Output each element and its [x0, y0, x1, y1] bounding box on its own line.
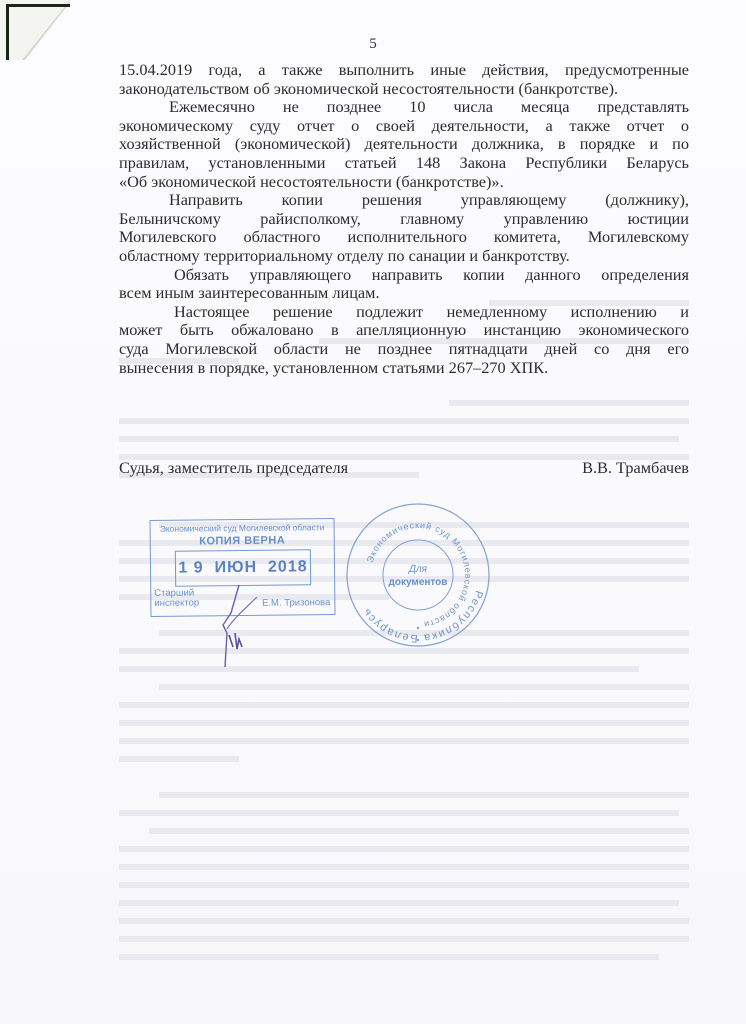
stamp-date: 1 9 ИЮН 2018: [175, 549, 311, 586]
text-line: Ежемесячно не позднее 10 числа месяца пр…: [119, 98, 689, 117]
text-line: областному территориальному отделу по са…: [119, 247, 689, 266]
text-line: экономическому суду отчет о своей деятел…: [119, 117, 689, 136]
document-body: 15.04.2019 года, а также выполнить иные …: [119, 61, 689, 377]
document-page: 5 15.04.2019 года, а также выполнить ины…: [0, 0, 746, 1024]
text-line: Могилевского областного исполнительного …: [119, 228, 689, 247]
text-line: Направить копии решения управляющему (до…: [119, 191, 689, 210]
seal-center-line: Для: [408, 564, 428, 575]
stamp-label: КОПИЯ ВЕРНА: [151, 534, 334, 548]
text-line: Настоящее решение подлежит немедленному …: [119, 303, 689, 322]
page-number: 5: [0, 36, 746, 53]
signature-block: Судья, заместитель председателя В.В. Тра…: [119, 458, 689, 478]
text-line: Обязать управляющего направить копии дан…: [119, 266, 689, 285]
handwritten-signature: [205, 583, 265, 668]
svg-text:Республика Беларусь: Республика Беларусь: [360, 589, 485, 644]
stamp-position-line: инспектор: [154, 598, 199, 608]
text-line: законодательством об экономической несос…: [119, 80, 689, 99]
text-line: «Об экономической несостоятельности (бан…: [119, 173, 689, 192]
text-line: Белыничскому райисполкому, главному упра…: [119, 210, 689, 229]
seal-center-line: документов: [389, 577, 448, 588]
paragraph-monthly-report: Ежемесячно не позднее 10 числа месяца пр…: [119, 98, 689, 191]
seal-outer-text: Республика Беларусь: [360, 589, 485, 644]
paragraph-deadline: 15.04.2019 года, а также выполнить иные …: [119, 61, 689, 98]
paragraph-appeal: Настоящее решение подлежит немедленному …: [119, 303, 689, 377]
paragraph-send-copies: Направить копии решения управляющему (до…: [119, 191, 689, 265]
official-round-seal: Республика Беларусь Экономический суд Мо…: [343, 500, 493, 650]
text-line: может быть обжаловано в апелляционную ин…: [119, 321, 689, 340]
stamp-court-name: Экономический суд Могилевской области: [151, 522, 334, 534]
text-line: 15.04.2019 года, а также выполнить иные …: [119, 61, 689, 80]
signatory-title: Судья, заместитель председателя: [119, 458, 348, 478]
stamp-position: Старший инспектор: [154, 588, 199, 608]
text-line: суда Могилевской области не позднее пятн…: [119, 340, 689, 359]
text-line: правилам, установленными статьей 148 Зак…: [119, 154, 689, 173]
text-line: вынесения в порядке, установленном стать…: [119, 359, 689, 378]
signatory-name: В.В. Трамбачев: [582, 458, 689, 478]
paragraph-obligation: Обязать управляющего направить копии дан…: [119, 266, 689, 303]
stamp-inspector-name: Е.М. Тризонова: [262, 597, 330, 609]
text-line: хозяйственной (экономической) деятельнос…: [119, 135, 689, 154]
text-line: всем иным заинтересованным лицам.: [119, 284, 689, 303]
